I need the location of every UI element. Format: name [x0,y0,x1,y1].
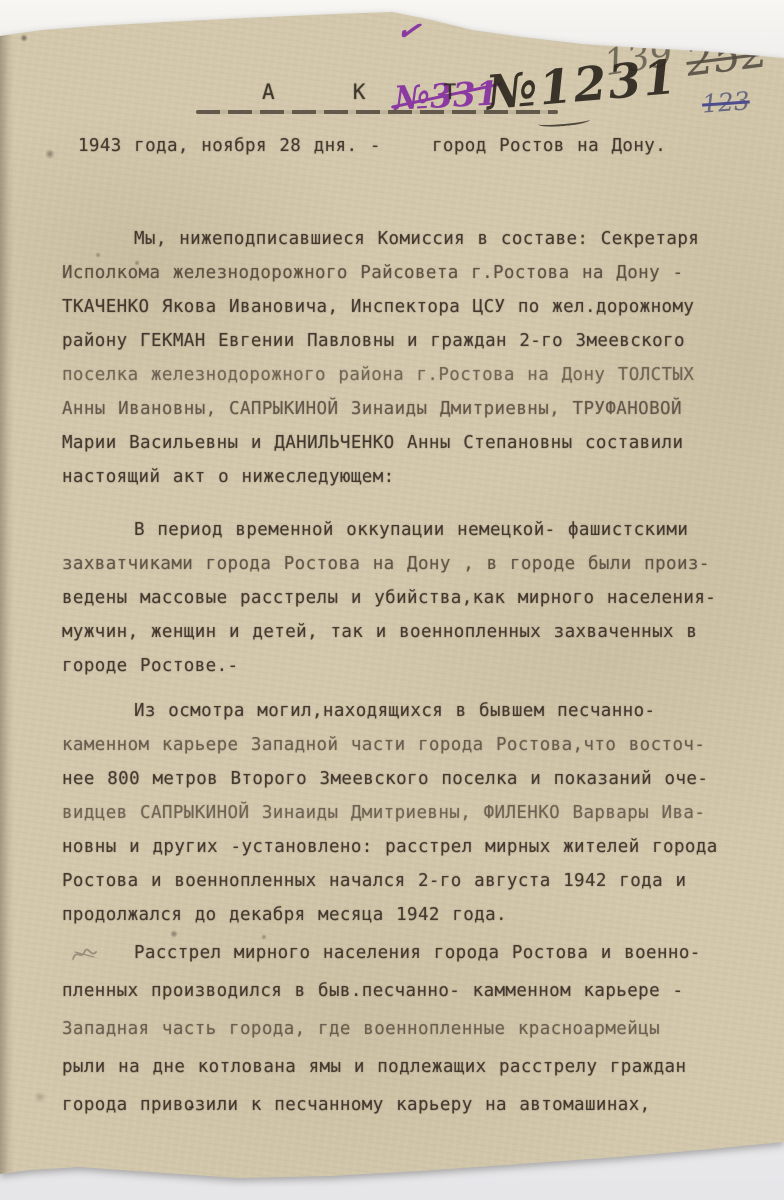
typed-line: Марии Васильевны и ДАНИЛЬЧЕНКО Анны Степ… [62,426,738,460]
date-line: 1943 года, ноября 28 дня. - [78,136,381,156]
typed-line: нее 800 метров Второго Змеевского поселк… [62,762,738,796]
typed-line: новны и других -установлено: расстрел ми… [62,830,738,864]
typed-line: Расстрел мирного населения города Ростов… [62,934,738,972]
paper-shadow: ✓ 139 252 123 №331 №1231 А К Т 1943 года… [0,0,784,1200]
typed-line: району ГЕКМАН Евгении Павловны и граждан… [62,324,738,358]
folio-number-crossed-out-ink: 123 [701,86,751,118]
typed-line: Западная часть города, где военнопленные… [62,1010,738,1048]
typed-line: ТКАЧЕНКО Якова Ивановича, Инспектора ЦСУ… [62,290,738,324]
typed-line: настоящий акт о нижеследующем: [62,460,738,494]
paragraph-occupation: В период временной оккупации немецкой- ф… [62,513,738,683]
typed-line: рыли на дне котлована ямы и подлежащих р… [62,1048,738,1086]
typed-line: поселка железнодорожного района г.Ростов… [62,358,738,392]
typed-line: Анны Ивановны, САПРЫКИНОЙ Зинаиды Дмитри… [62,392,738,426]
paragraph-executions: Расстрел мирного населения города Ростов… [62,934,738,1124]
typed-line: видцев САПРЫКИНОЙ Зинаиды Дмитриевны, ФИ… [62,796,738,830]
typed-line: продолжался до декабря месяца 1942 года. [62,898,738,932]
continuation-hyphen: - [186,1096,197,1117]
typed-line: каменном карьере Западной части города Р… [62,728,738,762]
act-number-underline [538,116,590,129]
typed-line: города привозили к песчанному карьеру на… [62,1086,738,1124]
page-edge-shade [0,0,14,1200]
place-line: город Ростов на Дону. [432,136,666,156]
typed-line: Исполкома железнодорожного Райсовета г.Р… [62,256,738,290]
paragraph-graves-inspection: Из осмотра могил,находящихся в бывшем пе… [62,694,738,932]
pencil-scribble-mark [70,944,100,966]
typed-line: пленных производился в быв.песчанно- кам… [62,972,738,1010]
typed-line: Из осмотра могил,находящихся в бывшем пе… [62,694,738,728]
typed-line: захватчиками города Ростова на Дону , в … [62,547,738,581]
document-page: ✓ 139 252 123 №331 №1231 А К Т 1943 года… [0,0,784,1200]
typed-line: В период временной оккупации немецкой- ф… [62,513,738,547]
typed-line: ведены массовые расстрелы и убийства,как… [62,581,738,615]
title-underline [196,110,558,114]
folio-number-crossed-out: 252 [683,27,771,87]
scan-background: ✓ 139 252 123 №331 №1231 А К Т 1943 года… [0,0,784,1200]
document-title: А К Т [262,80,488,104]
title-text: А К Т [262,80,488,104]
typed-line: мужчин, женщин и детей, так и военноплен… [62,615,738,649]
checkmark-annotation: ✓ [394,12,423,49]
typed-line: Мы, нижеподписавшиеся Комиссия в составе… [62,222,738,256]
typed-line: городе Ростове.- [62,649,738,683]
typed-line: Ростова и военнопленных начался 2-го авг… [62,864,738,898]
paragraph-commission: Мы, нижеподписавшиеся Комиссия в составе… [62,222,738,494]
